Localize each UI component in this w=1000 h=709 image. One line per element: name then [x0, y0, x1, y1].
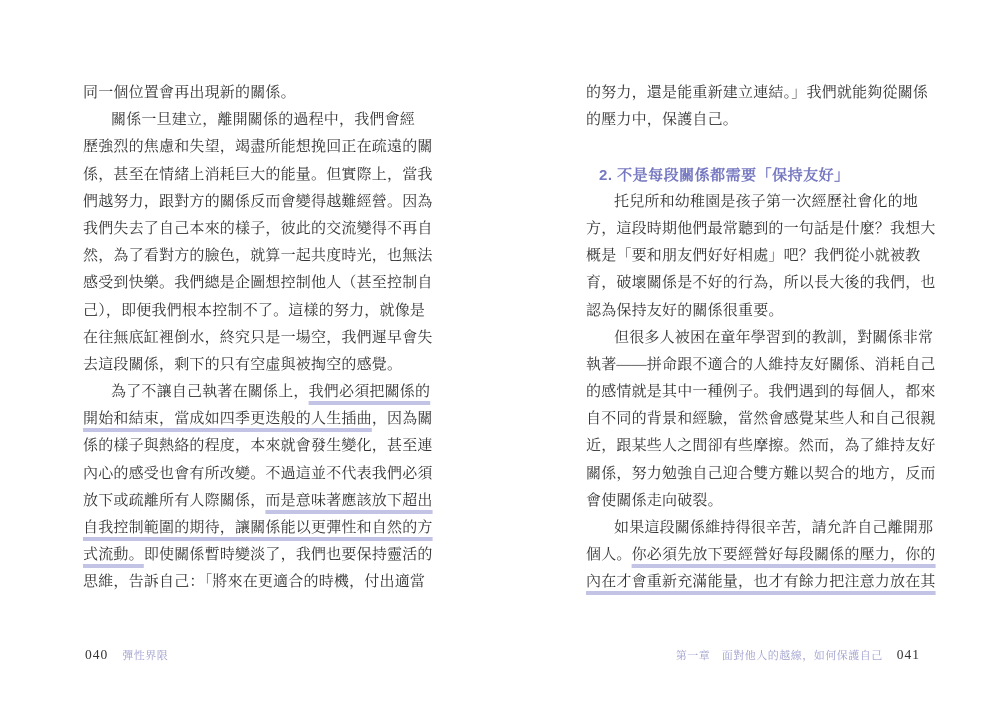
underlined-text: 而是意味著應該放下超出: [265, 493, 432, 509]
text-segment: 概是「要和朋友們好好相處」吧？我們從小就被教: [586, 248, 920, 264]
text-line: 同一個位置會再出現新的關係。: [83, 80, 431, 107]
text-line: 去這段關係，剩下的只有空虛與被掏空的感覺。: [83, 352, 431, 379]
text-segment: 歷強烈的焦慮和失望，竭盡所能想挽回正在疏遠的關: [83, 139, 433, 155]
text-segment: 關係一旦建立，離開關係的過程中，我們會經: [111, 112, 415, 128]
text-segment: 個人。: [586, 547, 632, 563]
book-spread: 同一個位置會再出現新的關係。關係一旦建立，離開關係的過程中，我們會經歷強烈的焦慮…: [0, 0, 1000, 709]
underlined-text: 你必須先放下要經營好每段關係的壓力，你的: [632, 547, 936, 563]
text-line: 的努力，還是能重新建立連結。」我們就能夠從關係: [586, 80, 922, 107]
text-segment: 們越努力，跟對方的關係反而會變得越難經營。因為: [83, 194, 433, 210]
text-segment: 去這段關係，剩下的只有空虛與被掏空的感覺。: [83, 357, 402, 373]
left-page-text-column: 同一個位置會再出現新的關係。關係一旦建立，離開關係的過程中，我們會經歷強烈的焦慮…: [83, 80, 431, 597]
text-segment: 己），即便我們根本控制不了。這樣的努力，就像是: [83, 303, 425, 319]
text-line: 執著——拼命跟不適合的人維持友好關係、消耗自己: [586, 352, 922, 379]
text-line: 自不同的背景和經驗，當然會感覺某些人和自己很親: [586, 406, 922, 433]
text-segment: 認為保持友好的關係很重要。: [586, 303, 784, 319]
text-segment: 同一個位置會再出現新的關係。: [83, 85, 296, 101]
text-line: 育，破壞關係是不好的行為，所以長大後的我們，也: [586, 270, 922, 297]
text-line: 關係一旦建立，離開關係的過程中，我們會經: [83, 107, 431, 134]
text-line: 方，這段時期他們最常聽到的一句話是什麼？我想大: [586, 216, 922, 243]
text-line: 概是「要和朋友們好好相處」吧？我們從小就被教: [586, 243, 922, 270]
text-line: 然，為了看對方的臉色，就算一起共度時光，也無法: [83, 243, 431, 270]
text-segment: 即使關係暫時變淡了，我們也要保持靈活的: [144, 547, 433, 563]
section-heading: 2. 不是每段關係都需要「保持友好」: [586, 162, 922, 189]
text-segment: 如果這段關係維持得很辛苦，請允許自己離開那: [614, 520, 933, 536]
text-segment: 在往無底缸裡倒水，終究只是一場空，我們遲早會失: [83, 330, 433, 346]
text-segment: ，因為關: [372, 411, 433, 427]
text-segment: 的壓力中，保護自己。: [586, 112, 738, 128]
text-line: 會使關係走向破裂。: [586, 488, 922, 515]
text-line: 歷強烈的焦慮和失望，竭盡所能想挽回正在疏遠的關: [83, 134, 431, 161]
text-segment: 關係，努力勉強自己迎合雙方難以契合的地方，反而: [586, 466, 936, 482]
right-page-text-column: 的努力，還是能重新建立連結。」我們就能夠從關係的壓力中，保護自己。2. 不是每段…: [586, 80, 922, 597]
text-segment: 我們失去了自己本來的樣子，彼此的交流變得不再自: [83, 221, 433, 237]
text-line: 們越努力，跟對方的關係反而會變得越難經營。因為: [83, 189, 431, 216]
text-line: 托兒所和幼稚園是孩子第一次經歷社會化的地: [586, 189, 922, 216]
text-segment: 育，破壞關係是不好的行為，所以長大後的我們，也: [586, 275, 936, 291]
text-line: 在往無底缸裡倒水，終究只是一場空，我們遲早會失: [83, 325, 431, 352]
text-segment: 的感情就是其中一種例子。我們遇到的每個人，都來: [586, 384, 936, 400]
text-line: 近，跟某些人之間卻有些摩擦。然而，為了維持友好: [586, 433, 922, 460]
underlined-text: 我們必須把關係的: [309, 384, 431, 400]
text-segment: 近，跟某些人之間卻有些摩擦。然而，為了維持友好: [586, 438, 936, 454]
text-segment: 思維，告訴自己：「將來在更適合的時機，付出適當: [83, 574, 425, 590]
text-segment: 自不同的背景和經驗，當然會感覺某些人和自己很親: [586, 411, 936, 427]
text-segment: 係，甚至在情緒上消耗巨大的能量。但實際上，當我: [83, 167, 433, 183]
text-line: 思維，告訴自己：「將來在更適合的時機，付出適當: [83, 569, 431, 596]
text-line: 自我控制範圍的期待，讓關係能以更彈性和自然的方: [83, 515, 431, 542]
text-line: 個人。你必須先放下要經營好每段關係的壓力，你的: [586, 542, 922, 569]
right-running-title: 第一章 面對他人的越線，如何保護自己: [676, 650, 883, 662]
text-line: 感受到快樂。我們總是企圖想控制他人（甚至控制自: [83, 270, 431, 297]
text-segment: 2. 不是每段關係都需要「保持友好」: [599, 167, 850, 184]
underlined-text: 式流動。: [83, 547, 144, 563]
text-line: 為了不讓自己執著在關係上，我們必須把關係的: [83, 379, 431, 406]
text-segment: 方，這段時期他們最常聽到的一句話是什麼？我想大: [586, 221, 936, 237]
text-segment: 為了不讓自己執著在關係上，: [111, 384, 309, 400]
text-segment: 係的樣子與熱絡的程度，本來就會發生變化，甚至連: [83, 438, 433, 454]
underlined-text: 開始和結束，當成如四季更迭般的人生插曲: [83, 411, 372, 427]
text-line: 內在才會重新充滿能量，也才有餘力把注意力放在其: [586, 569, 922, 596]
text-line: 開始和結束，當成如四季更迭般的人生插曲，因為關: [83, 406, 431, 433]
text-line: 己），即便我們根本控制不了。這樣的努力，就像是: [83, 298, 431, 325]
text-segment: 感受到快樂。我們總是企圖想控制他人（甚至控制自: [83, 275, 433, 291]
text-segment: 但很多人被困在童年學習到的教訓，對關係非常: [614, 330, 933, 346]
text-line: 係，甚至在情緒上消耗巨大的能量。但實際上，當我: [83, 162, 431, 189]
left-page-footer: 040 彈性界限: [85, 646, 168, 664]
text-segment: 放下或疏離所有人際關係，: [83, 493, 265, 509]
text-line: 放下或疏離所有人際關係，而是意味著應該放下超出: [83, 488, 431, 515]
text-segment: 會使關係走向破裂。: [586, 493, 723, 509]
text-line: 認為保持友好的關係很重要。: [586, 298, 922, 325]
text-line: 關係，努力勉強自己迎合雙方難以契合的地方，反而: [586, 461, 922, 488]
underlined-text: 自我控制範圍的期待，讓關係能以更彈性和自然的方: [83, 520, 433, 536]
text-segment: 然，為了看對方的臉色，就算一起共度時光，也無法: [83, 248, 433, 264]
right-page-footer: 第一章 面對他人的越線，如何保護自己 041: [676, 646, 920, 664]
text-line: 但很多人被困在童年學習到的教訓，對關係非常: [586, 325, 922, 352]
text-line: 式流動。即使關係暫時變淡了，我們也要保持靈活的: [83, 542, 431, 569]
text-line: 係的樣子與熱絡的程度，本來就會發生變化，甚至連: [83, 433, 431, 460]
text-segment: 內心的感受也會有所改變。不過這並不代表我們必須: [83, 466, 433, 482]
text-segment: 執著——拼命跟不適合的人維持友好關係、消耗自己: [586, 357, 936, 373]
text-segment: 托兒所和幼稚園是孩子第一次經歷社會化的地: [614, 194, 918, 210]
left-page-number: 040: [85, 647, 108, 662]
text-line: 我們失去了自己本來的樣子，彼此的交流變得不再自: [83, 216, 431, 243]
right-page-number: 041: [897, 647, 920, 662]
text-segment: 的努力，還是能重新建立連結。」我們就能夠從關係: [586, 85, 928, 101]
text-line: 的感情就是其中一種例子。我們遇到的每個人，都來: [586, 379, 922, 406]
underlined-text: 內在才會重新充滿能量，也才有餘力把注意力放在其: [586, 574, 936, 590]
text-line: 內心的感受也會有所改變。不過這並不代表我們必須: [83, 461, 431, 488]
text-line: 如果這段關係維持得很辛苦，請允許自己離開那: [586, 515, 922, 542]
left-running-title: 彈性界限: [122, 650, 168, 662]
line-spacer: [586, 134, 922, 161]
text-line: 的壓力中，保護自己。: [586, 107, 922, 134]
